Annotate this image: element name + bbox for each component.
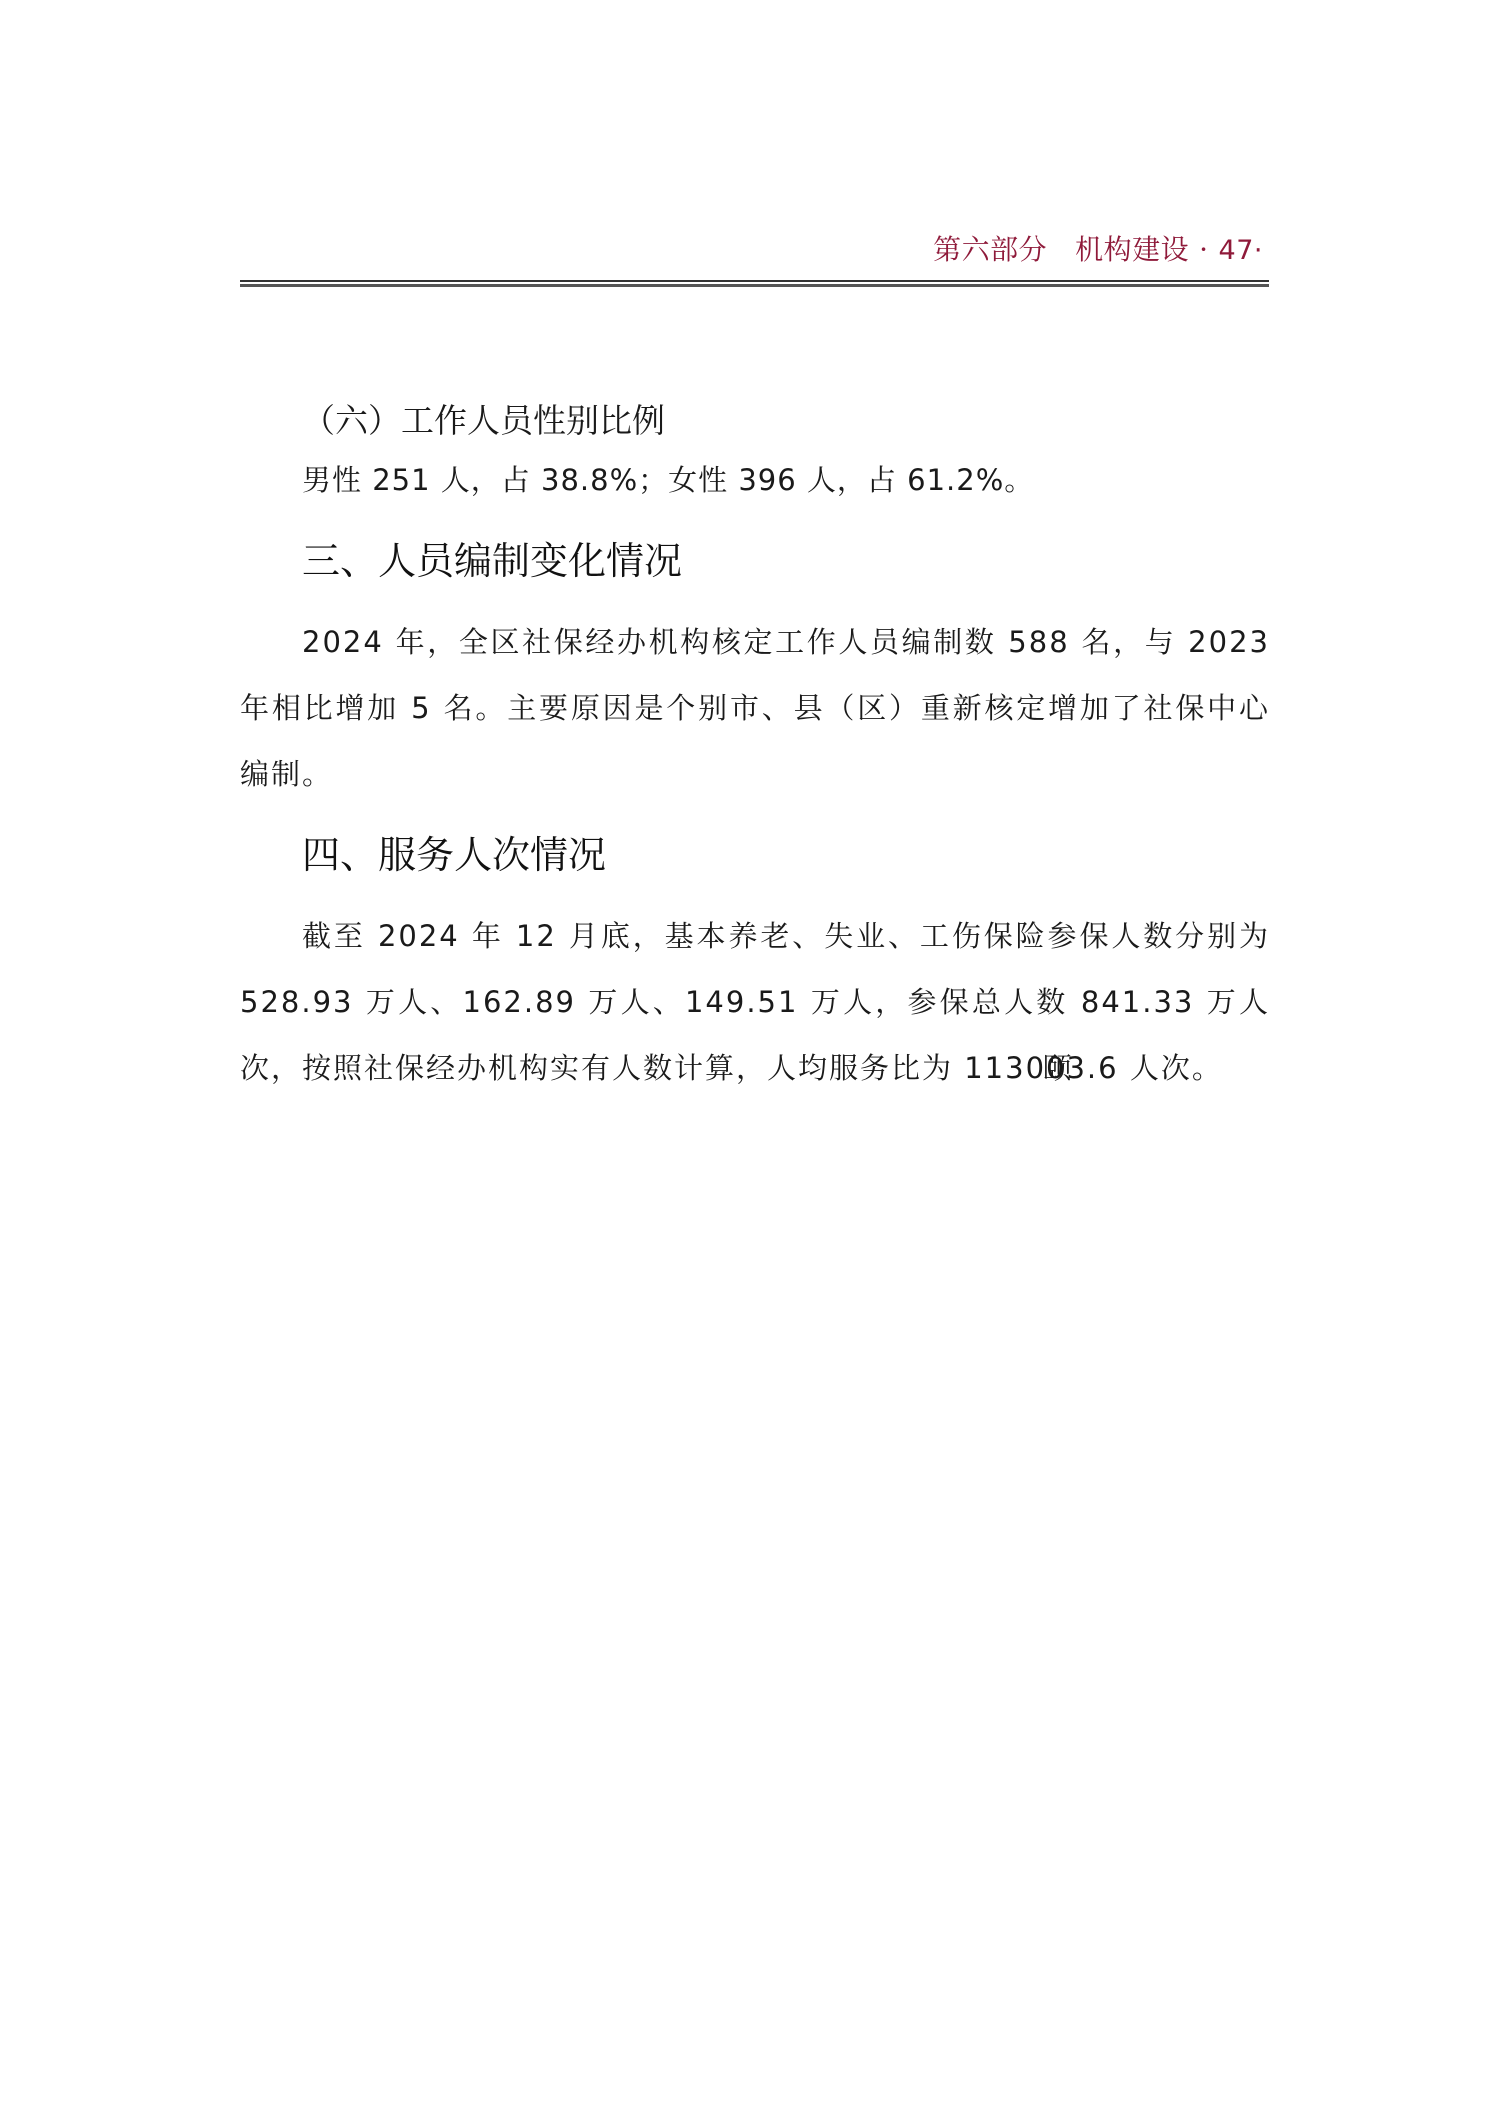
service-title: 四、服务人次情况 [302, 825, 1270, 885]
running-header: 第六部分机构建设·47· [933, 228, 1263, 268]
gender-ratio-heading: （六）工作人员性别比例 [302, 395, 1270, 447]
header-rule-thin [240, 280, 1269, 282]
gender-ratio-text: 男性 251 人，占 38.8%；女性 396 人，占 61.2%。 [302, 447, 1270, 513]
header-title: 机构建设 [1075, 233, 1189, 266]
header-rule-thick [240, 284, 1269, 287]
page-number: 47· [1219, 235, 1263, 266]
header-part: 第六部分 [933, 233, 1047, 266]
page-header: 第六部分机构建设·47· [240, 228, 1269, 278]
service-text-suffix: 13003.6 人次。 [985, 1051, 1223, 1085]
staffing-change-text: 2024 年，全区社保经办机构核定工作人员编制数 588 名，与 2023 年相… [240, 609, 1270, 807]
service-text: 截至 2024 年 12 月底，基本养老、失业、工伤保险参保人数分别为 528.… [240, 903, 1270, 1101]
page-body: （六）工作人员性别比例 男性 251 人，占 38.8%；女性 396 人，占 … [240, 395, 1270, 1101]
header-separator: · [1199, 233, 1208, 266]
staffing-change-title: 三、人员编制变化情况 [302, 531, 1270, 591]
